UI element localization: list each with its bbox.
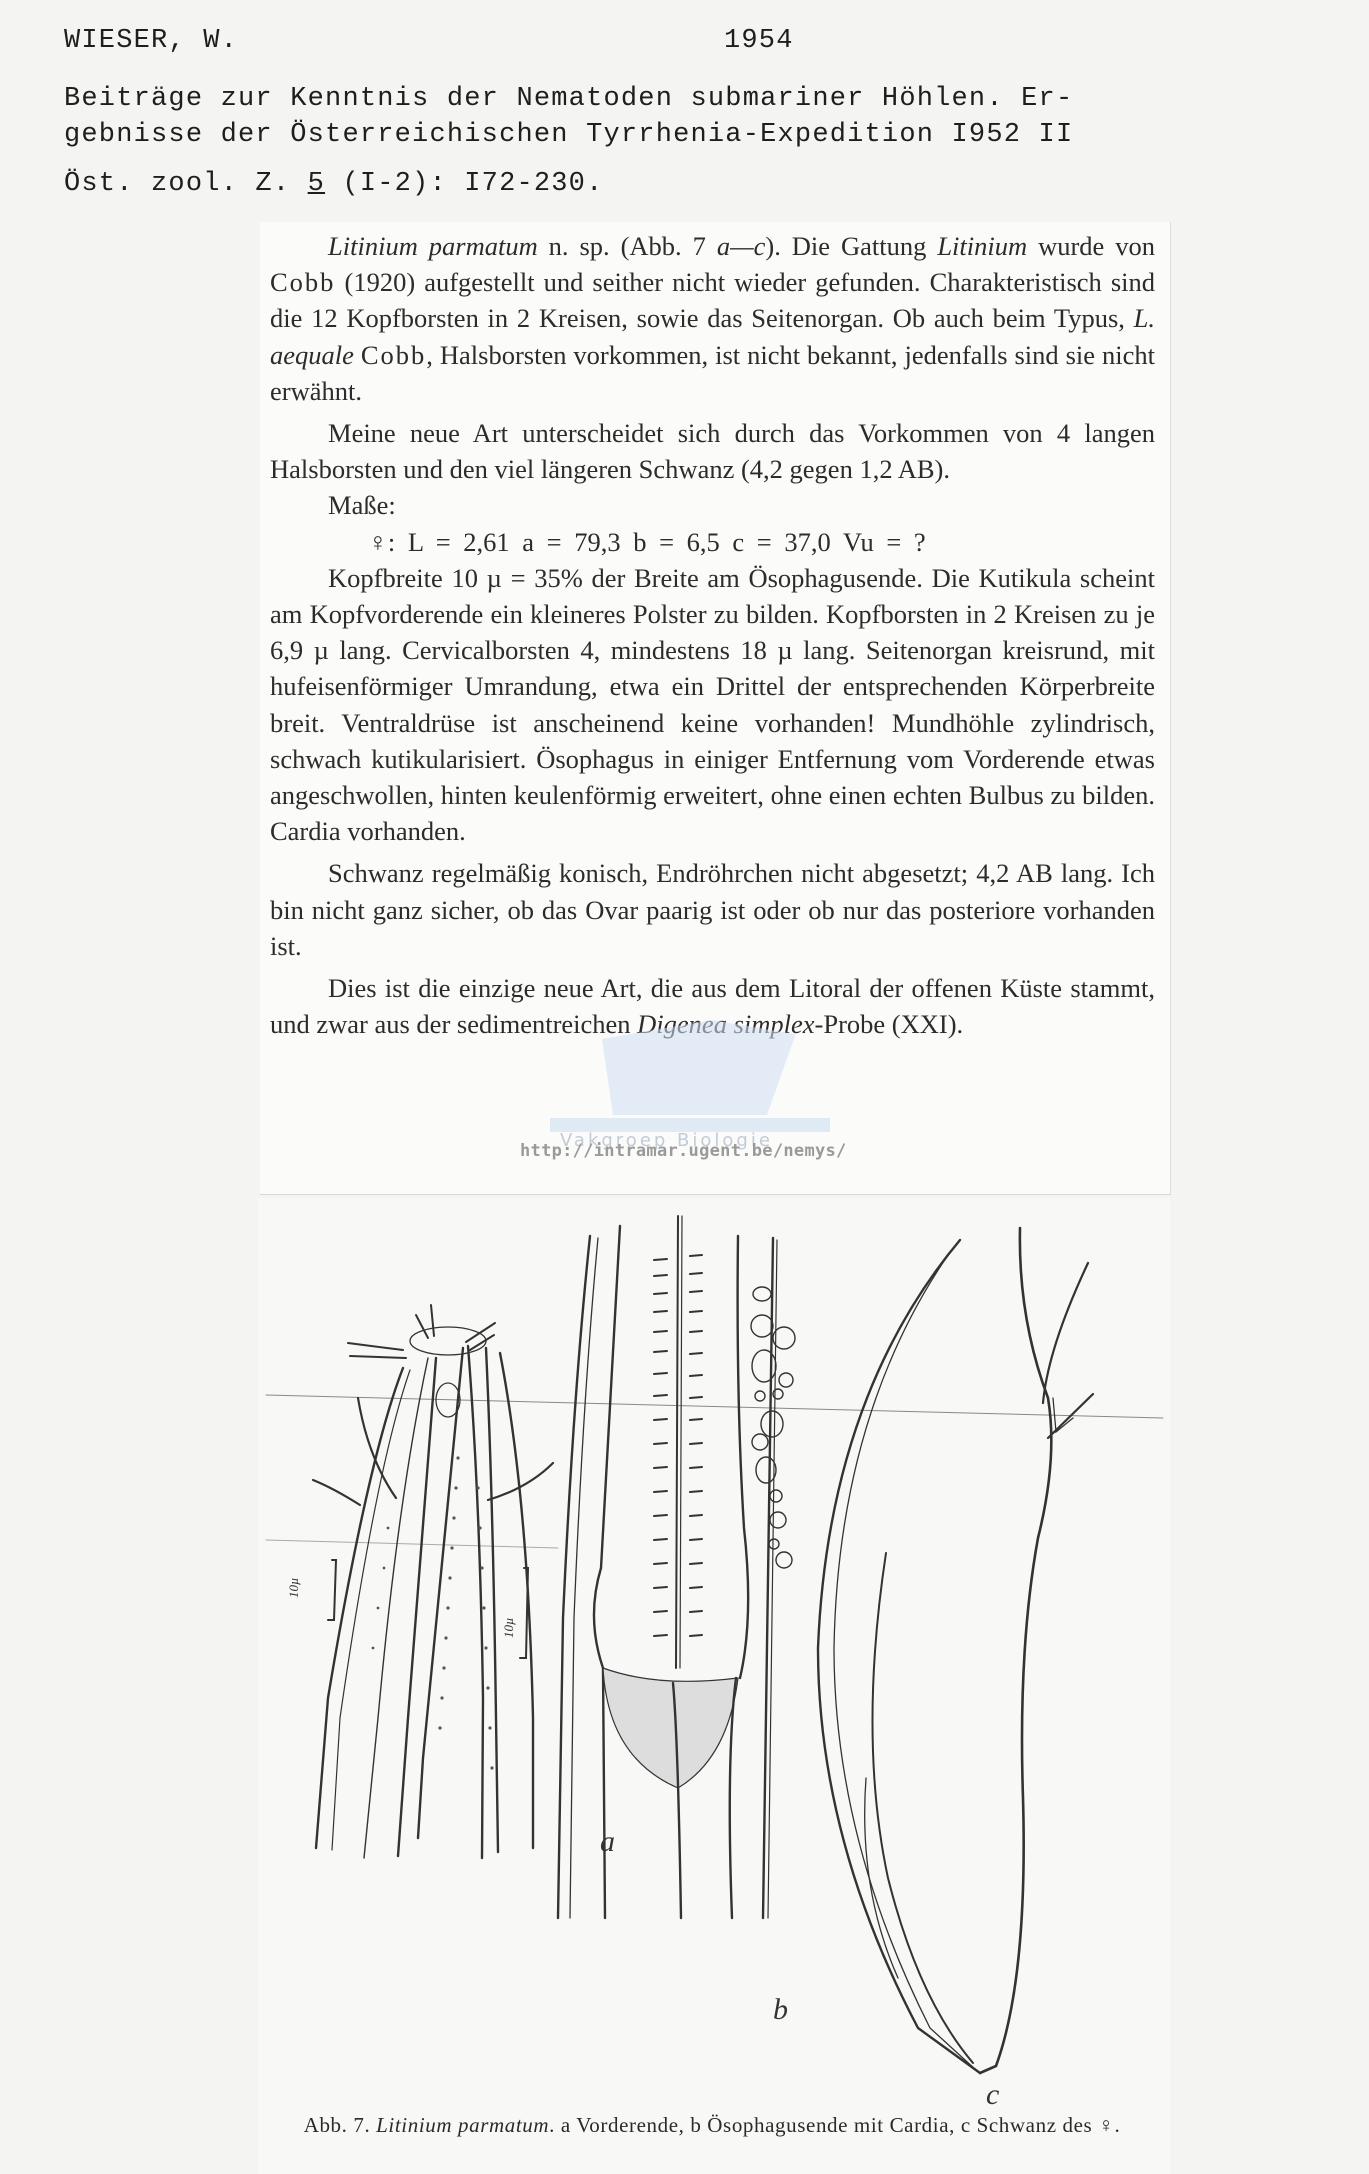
measures-label: Maße:: [270, 487, 1155, 523]
caption-species: Litinium parmatum: [376, 2113, 549, 2137]
paragraph-habitat: Dies ist die einzige neue Art, die aus d…: [270, 970, 1155, 1042]
genus-name: Litinium: [937, 231, 1027, 261]
measures-values: ♀: L = 2,61 a = 79,3 b = 6,5 c = 37,0 Vu…: [270, 524, 1155, 560]
scale-bar-b-label: 10µ: [501, 1618, 516, 1639]
volume-number: 5: [308, 169, 325, 199]
journal-name: Öst. zool. Z.: [64, 169, 308, 199]
figure-reference: a—c: [717, 231, 766, 261]
figure-7: 10µ 10µ: [258, 1198, 1170, 2174]
publication-year: 1954: [724, 26, 794, 56]
panel-label-c: c: [986, 2078, 999, 2112]
nematode-drawing: 10µ 10µ: [258, 1198, 1170, 2174]
algae-species: Digenea simplex: [637, 1009, 814, 1039]
title-line-2: gebnisse der Österreichischen Tyrrhenia-…: [64, 120, 1073, 150]
panel-label-a: a: [600, 1825, 615, 1859]
author-cobb: Cobb: [361, 340, 426, 370]
paragraph-tail: Schwanz regelmäßig konisch, Endröhrchen …: [270, 855, 1155, 964]
panel-b-oesophagus-end: [520, 1216, 795, 1918]
figure-caption: Abb. 7. Litinium parmatum. a Vorderende,…: [262, 2112, 1162, 2139]
issue-pages: (I-2): I72-230.: [325, 169, 603, 199]
title-line-1: Beiträge zur Kenntnis der Nematoden subm…: [64, 84, 1073, 114]
scale-bar-a-label: 10µ: [286, 1578, 301, 1599]
author: WIESER, W.: [64, 26, 238, 56]
author-cobb: Cobb: [270, 267, 335, 297]
paragraph-differential-diagnosis: Meine neue Art unterscheidet sich durch …: [270, 415, 1155, 487]
panel-a-anterior-end: [313, 1305, 553, 1858]
panel-label-b: b: [773, 1993, 788, 2027]
paragraph-genus-description: Litinium parmatum n. sp. (Abb. 7 a—c). D…: [270, 228, 1155, 409]
clipping-body: Litinium parmatum n. sp. (Abb. 7 a—c). D…: [270, 228, 1155, 1042]
journal-citation: Öst. zool. Z. 5 (I-2): I72-230.: [64, 169, 604, 199]
text-clipping: Litinium parmatum n. sp. (Abb. 7 a—c). D…: [260, 222, 1171, 1195]
watermark-url: http://intramar.ugent.be/nemys/: [520, 1141, 847, 1161]
species-name: Litinium parmatum: [328, 231, 538, 261]
panel-c-tail: [818, 1228, 1093, 2073]
paragraph-morphology: Kopfbreite 10 µ = 35% der Breite am Ösop…: [270, 560, 1155, 850]
